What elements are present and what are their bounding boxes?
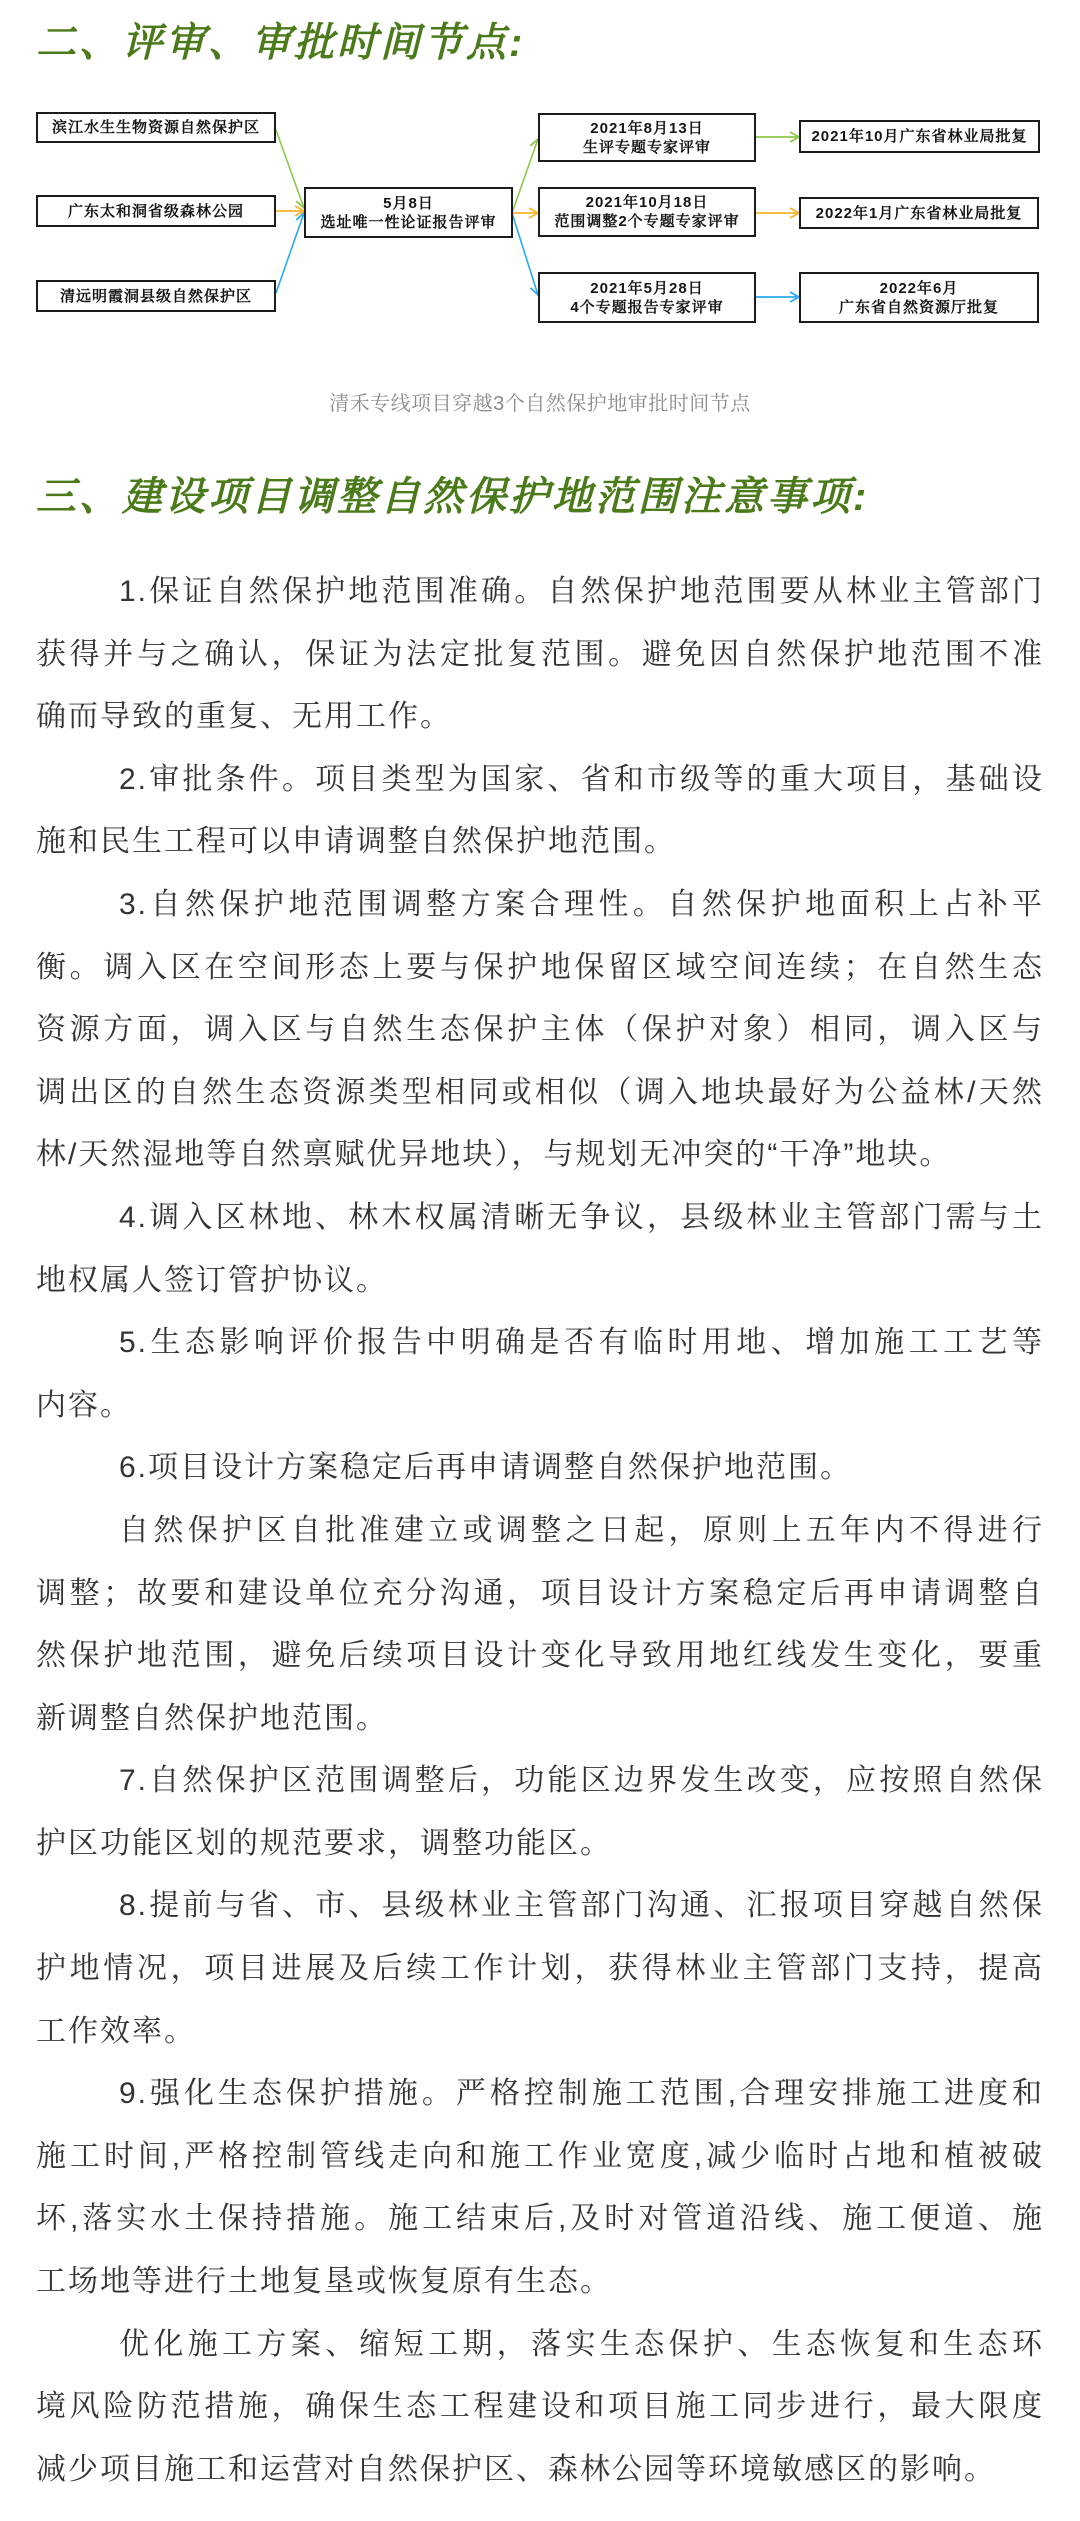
paragraph-line: 坏,落实水土保持措施。施工结束后,及时对管道沿线、施工便道、施	[36, 2188, 1044, 2251]
paragraph-line: 施和民生工程可以申请调整自然保护地范围。	[36, 811, 1044, 874]
source-label: 滨江水生生物资源自然保护区	[52, 118, 260, 137]
arrow-orange-center-to-review	[512, 208, 538, 218]
diagram-caption: 清禾专线项目穿越3个自然保护地审批时间节点	[0, 388, 1080, 420]
paragraph-line: 衡。调入区在空间形态上要与保护地保留区域空间连续；在自然生态	[36, 937, 1044, 1000]
paragraph-line: 获得并与之确认，保证为法定批复范围。避免因自然保护地范围不准	[36, 624, 1044, 687]
paragraph-line: 确而导致的重复、无用工作。	[36, 686, 1044, 749]
center-box-site-selection-review: 5月8日 选址唯一性论证报告评审	[304, 187, 513, 238]
paragraph-line: 护地情况，项目进展及后续工作计划，获得林业主管部门支持，提高	[36, 1938, 1044, 2001]
review-box-ecology-assessment: 2021年8月13日 生评专题专家评审	[538, 113, 756, 162]
review-box-scope-adjustment: 2021年10月18日 范围调整2个专题专家评审	[538, 187, 756, 237]
paragraph-8-early-communication: 8.提前与省、市、县级林业主管部门沟通、汇报项目穿越自然保 护地情况，项目进展及…	[36, 1875, 1044, 2063]
article-body: 1.保证自然保护地范围准确。自然保护地范围要从林业主管部门 获得并与之确认，保证…	[36, 561, 1044, 2501]
paragraph-line: 地权属人签订管护协议。	[36, 1250, 1044, 1313]
paragraph-line: 调出区的自然生态资源类型相同或相似（调入地块最好为公益林/天然	[36, 1062, 1044, 1125]
paragraph-line: 2.审批条件。项目类型为国家、省和市级等的重大项目，基础设	[36, 749, 1044, 812]
arrow-green-center-to-review	[512, 139, 540, 213]
review-label: 范围调整2个专题专家评审	[554, 212, 739, 231]
paragraph-line: 施工时间,严格控制管线走向和施工作业宽度,减少临时占地和植被破	[36, 2126, 1044, 2189]
paragraph-line: 减少项目施工和运营对自然保护区、森林公园等环境敏感区的影响。	[36, 2439, 1044, 2502]
paragraph-line: 工场地等进行土地复垦或恢复原有生态。	[36, 2251, 1044, 2314]
approval-label: 2021年10月广东省林业局批复	[811, 127, 1027, 146]
arrow-blue-source-to-center	[276, 213, 306, 293]
review-box-four-reports: 2021年5月28日 4个专题报告专家评审	[538, 272, 756, 323]
review-date: 2021年10月18日	[586, 193, 709, 212]
paragraph-9-optimize-construction: 优化施工方案、缩短工期，落实生态保护、生态恢复和生态环 境风险防范措施，确保生态…	[36, 2314, 1044, 2502]
center-label: 选址唯一性论证报告评审	[320, 213, 496, 232]
paragraph-5-eia-report: 5.生态影响评价报告中明确是否有临时用地、增加施工工艺等 内容。	[36, 1312, 1044, 1437]
approval-label: 2022年1月广东省林业局批复	[816, 204, 1023, 223]
source-box-binjiang-reserve: 滨江水生生物资源自然保护区	[36, 112, 276, 143]
review-label: 生评专题专家评审	[583, 138, 711, 157]
paragraph-3-plan-rationality: 3.自然保护地范围调整方案合理性。自然保护地面积上占补平 衡。调入区在空间形态上…	[36, 874, 1044, 1187]
paragraph-9-eco-protection: 9.强化生态保护措施。严格控制施工范围,合理安排施工进度和 施工时间,严格控制管…	[36, 2063, 1044, 2313]
paragraph-7-functional-zones: 7.自然保护区范围调整后，功能区边界发生改变，应按照自然保 护区功能区划的规范要…	[36, 1750, 1044, 1875]
paragraph-line: 内容。	[36, 1375, 1044, 1438]
paragraph-line: 6.项目设计方案稳定后再申请调整自然保护地范围。	[36, 1437, 1044, 1500]
paragraph-6-five-year-rule: 自然保护区自批准建立或调整之日起，原则上五年内不得进行 调整；故要和建设单位充分…	[36, 1500, 1044, 1750]
paragraph-line: 优化施工方案、缩短工期，落实生态保护、生态恢复和生态环	[36, 2314, 1044, 2377]
review-date: 2021年8月13日	[590, 119, 703, 138]
approval-box-forestry-2022-01: 2022年1月广东省林业局批复	[799, 197, 1039, 229]
arrow-blue-review-to-approval	[756, 292, 799, 302]
paragraph-1-accurate-boundary: 1.保证自然保护地范围准确。自然保护地范围要从林业主管部门 获得并与之确认，保证…	[36, 561, 1044, 749]
paragraph-line: 5.生态影响评价报告中明确是否有临时用地、增加施工工艺等	[36, 1312, 1044, 1375]
arrow-orange-source-to-center	[276, 206, 304, 216]
paragraph-line: 1.保证自然保护地范围准确。自然保护地范围要从林业主管部门	[36, 561, 1044, 624]
paragraph-line: 资源方面，调入区与自然生态保护主体（保护对象）相同，调入区与	[36, 999, 1044, 1062]
paragraph-line: 调整；故要和建设单位充分沟通，项目设计方案稳定后再申请调整自	[36, 1563, 1044, 1626]
arrow-blue-center-to-review	[512, 213, 540, 295]
paragraph-line: 境风险防范措施，确保生态工程建设和项目施工同步进行，最大限度	[36, 2376, 1044, 2439]
center-date: 5月8日	[383, 194, 434, 213]
paragraph-line: 工作效率。	[36, 2001, 1044, 2064]
paragraph-line: 3.自然保护地范围调整方案合理性。自然保护地面积上占补平	[36, 874, 1044, 937]
paragraph-line: 8.提前与省、市、县级林业主管部门沟通、汇报项目穿越自然保	[36, 1875, 1044, 1938]
approval-date: 2022年6月	[880, 279, 959, 298]
arrow-green-source-to-center	[276, 130, 306, 208]
paragraph-line: 9.强化生态保护措施。严格控制施工范围,合理安排施工进度和	[36, 2063, 1044, 2126]
source-label: 清远明霞洞县级自然保护区	[60, 287, 252, 306]
paragraph-6-stable-design: 6.项目设计方案稳定后再申请调整自然保护地范围。	[36, 1437, 1044, 1500]
paragraph-4-ownership: 4.调入区林地、林木权属清晰无争议，县级林业主管部门需与土 地权属人签订管护协议…	[36, 1187, 1044, 1312]
paragraph-line: 林/天然湿地等自然禀赋优异地块），与规划无冲突的“干净”地块。	[36, 1124, 1044, 1187]
paragraph-line: 4.调入区林地、林木权属清晰无争议，县级林业主管部门需与土	[36, 1187, 1044, 1250]
paragraph-line: 护区功能区划的规范要求，调整功能区。	[36, 1813, 1044, 1876]
approval-box-natural-resources-2022-06: 2022年6月 广东省自然资源厅批复	[799, 272, 1039, 323]
arrow-orange-review-to-approval	[756, 208, 799, 218]
paragraph-line: 然保护地范围，避免后续项目设计变化导致用地红线发生变化，要重	[36, 1625, 1044, 1688]
paragraph-line: 自然保护区自批准建立或调整之日起，原则上五年内不得进行	[36, 1500, 1044, 1563]
section-title-adjustment-notes: 三、建设项目调整自然保护地范围注意事项:	[36, 472, 869, 522]
approval-timeline-diagram: 滨江水生生物资源自然保护区 广东太和洞省级森林公园 清远明霞洞县级自然保护区 5…	[0, 0, 1080, 340]
paragraph-line: 新调整自然保护地范围。	[36, 1688, 1044, 1751]
paragraph-line: 7.自然保护区范围调整后，功能区边界发生改变，应按照自然保	[36, 1750, 1044, 1813]
source-box-taihedong-park: 广东太和洞省级森林公园	[36, 195, 276, 227]
review-date: 2021年5月28日	[590, 279, 703, 298]
approval-box-forestry-2021-10: 2021年10月广东省林业局批复	[799, 120, 1040, 153]
source-label: 广东太和洞省级森林公园	[68, 202, 244, 221]
approval-label: 广东省自然资源厅批复	[839, 298, 999, 317]
paragraph-2-approval-conditions: 2.审批条件。项目类型为国家、省和市级等的重大项目，基础设 施和民生工程可以申请…	[36, 749, 1044, 874]
review-label: 4个专题报告专家评审	[570, 298, 723, 317]
arrow-green-review-to-approval	[756, 132, 799, 142]
source-box-mingxiadong-reserve: 清远明霞洞县级自然保护区	[36, 280, 276, 312]
